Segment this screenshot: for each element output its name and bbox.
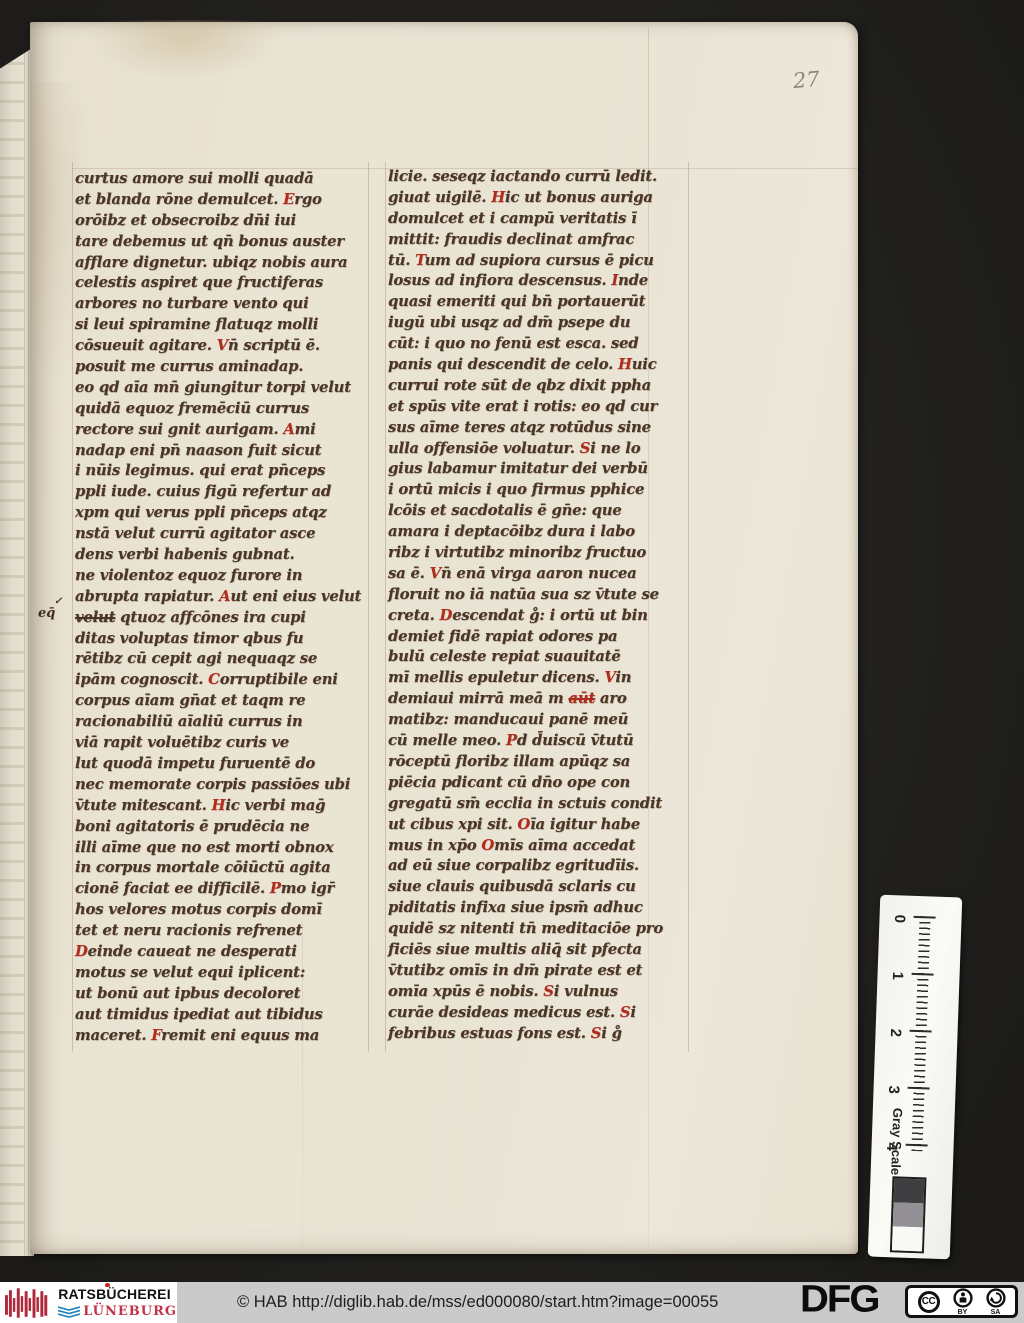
ruler-major-tick <box>912 973 934 976</box>
ruling-line <box>72 162 73 1052</box>
manuscript-line: abrupta rapiatur. Aut eni eius velut <box>75 587 375 608</box>
manuscript-line: ipām cognoscit. Corruptibile eni <box>75 670 375 691</box>
folio-number: 27 <box>792 67 821 93</box>
patch-dark <box>894 1178 925 1203</box>
manuscript-line: motus se velut equi iplicent: <box>75 963 375 984</box>
manuscript-line: maceret. Fremit eni equus ma <box>75 1026 375 1047</box>
manuscript-line: xpm qui verus ppli pn̄ceps atqz <box>75 503 375 524</box>
manuscript-line: lcōis et sacdotalis ē gn̄e: que <box>388 501 694 522</box>
manuscript-line: Deinde caueat ne desperati <box>75 942 375 963</box>
manuscript-line: racionabiliū aīaliū currus in <box>75 712 375 733</box>
cc-by-label: BY <box>958 1309 968 1316</box>
manuscript-line: losus ad infiora descensus. Inde <box>388 271 694 292</box>
manuscript-line: ditas voluptas timor qbus fu <box>75 629 375 650</box>
manuscript-line: ppli iude. cuius figū refertur ad <box>75 482 375 503</box>
cc-license-badge[interactable]: CC BY SA <box>905 1285 1018 1318</box>
marginal-note: ✓ eq̄ <box>38 606 55 621</box>
text-column-right: licie. seseqz iactando currū ledit.giuat… <box>388 167 694 1044</box>
manuscript-line: quidē sz nitenti tn̄ meditaciōe pro <box>388 919 694 940</box>
manuscript-line: panis qui descendit de celo. Huic <box>388 355 694 376</box>
manuscript-line: boni agitatoris ē prudēcia ne <box>75 817 375 838</box>
manuscript-line: demiaui mirrā meā m aūt aro <box>388 689 694 710</box>
manuscript-line: gregatū sm̄ ecclia in sctuis condit <box>388 794 694 815</box>
manuscript-line: et blanda rōne demulcet. Ergo <box>75 190 375 211</box>
footer-bar: RATSBÜCHEREI LÜNEBURG © HAB http://digli… <box>0 1282 1024 1323</box>
manuscript-line: mus in xp̄o Omīs aīma accedat <box>388 836 694 857</box>
manuscript-line: velut qtuoz affcōnes ira cupi <box>75 608 375 629</box>
manuscript-line: arbores no turbare vento qui <box>75 294 375 315</box>
manuscript-line: febribus estuas fons est. Si g̊ <box>388 1024 694 1045</box>
book-fore-edge <box>0 24 34 1256</box>
manuscript-line: omīa xpūs ē nobis. Si vulnus <box>388 982 694 1003</box>
manuscript-line: viā rapit voluētibz curis ve <box>75 733 375 754</box>
patch-gray <box>893 1202 924 1227</box>
manuscript-line: lut quodā impetu furuentē do <box>75 754 375 775</box>
manuscript-line: aut timidus ipediat aut tibidus <box>75 1005 375 1026</box>
manuscript-line: nstā velut currū agitator asce <box>75 524 375 545</box>
manuscript-line: si leui spiramine flatuqz molli <box>75 315 375 336</box>
manuscript-line: bulū celeste repiat suauitatē <box>388 647 694 668</box>
manuscript-line: curtus amore sui molli quadā <box>75 169 375 190</box>
manuscript-line: dens verbi habenis gubnat. <box>75 545 375 566</box>
manuscript-line: ribz i virtutibz minoribz fructuo <box>388 543 694 564</box>
grayscale-patches <box>890 1176 927 1253</box>
ruler-minor-ticks <box>911 916 930 1151</box>
manuscript-line: et spūs vite erat i rotis: eo qd cur <box>388 397 694 418</box>
scan-viewport: 27 curtus amore sui molli quadāet blanda… <box>0 0 1024 1323</box>
manuscript-line: demiet fidē rapiat odores pa <box>388 627 694 648</box>
manuscript-line: ulla offensiōe voluatur. Si ne lo <box>388 439 694 460</box>
manuscript-line: cionē faciat ee difficilē. Pmo igr̄ <box>75 879 375 900</box>
manuscript-line: floruit no iā natūa sua sz v̄tute se <box>388 585 694 606</box>
library-city: LÜNEBURG <box>83 1304 177 1319</box>
manuscript-line: ut bonū aut ipbus decoloret <box>75 984 375 1005</box>
cc-by-icon <box>953 1288 973 1308</box>
library-logo-link[interactable]: RATSBÜCHEREI LÜNEBURG <box>0 1282 177 1323</box>
text-column-left: curtus amore sui molli quadāet blanda rō… <box>75 169 375 1046</box>
umlaut-dot <box>105 1283 110 1287</box>
library-bars-icon <box>5 1286 50 1320</box>
manuscript-page: 27 curtus amore sui molli quadāet blanda… <box>30 22 858 1254</box>
manuscript-line: matibz: manducaui panē meū <box>388 710 694 731</box>
ruler-major-tick <box>914 916 936 919</box>
manuscript-line: sa ē. Vn̄ enā virga aaron nucea <box>388 564 694 585</box>
manuscript-line: orōibz et obsecroibz dn̄i iui <box>75 211 375 232</box>
manuscript-line: quasi emeriti qui bn̄ portauerūt <box>388 292 694 313</box>
manuscript-line: cōsueuit agitare. Vn̄ scriptū ē. <box>75 336 375 357</box>
manuscript-line: rētibz cū cepit agi nequaqz se <box>75 649 375 670</box>
manuscript-line: i ortū micis i quo firmus pphice <box>388 480 694 501</box>
manuscript-line: tare debemus ut qn̄ bonus auster <box>75 232 375 253</box>
manuscript-line: v̄tutibz omīs in dm̄ pirate est et <box>388 961 694 982</box>
manuscript-line: iugū ubi usqz ad dm̄ psepe du <box>388 313 694 334</box>
grayscale-label: Gray Scale <box>890 1108 905 1123</box>
ruler-major-tick <box>906 1144 928 1147</box>
manuscript-line: curāe desideas medicus est. Si <box>388 1003 694 1024</box>
manuscript-line: ficiēs siue multis aliq̄ sit pfecta <box>388 940 694 961</box>
manuscript-line: celestis aspiret que fructiferas <box>75 273 375 294</box>
manuscript-line: licie. seseqz iactando currū ledit. <box>388 167 694 188</box>
manuscript-line: ad eū siue corpalibz egritudīis. <box>388 856 694 877</box>
manuscript-line: creta. Descendat g̊: i ortū ut bin <box>388 606 694 627</box>
grayscale-ruler: 0 1 2 3 4 Gray Scale <box>868 895 963 1260</box>
ruler-number-3: 3 <box>885 1081 903 1098</box>
manuscript-line: i nūis legimus. qui erat pn̄ceps <box>75 461 375 482</box>
source-url[interactable]: © HAB http://diglib.hab.de/mss/ed000080/… <box>237 1282 718 1323</box>
ruler-number-0: 0 <box>891 911 909 928</box>
manuscript-line: tet et neru racionis refrenet <box>75 921 375 942</box>
manuscript-line: ne violentoz equoz furore in <box>75 566 375 587</box>
manuscript-line: mittit: fraudis declinat amfrac <box>388 230 694 251</box>
manuscript-line: eo qd aīa mn̄ giungitur torpi velut <box>75 378 375 399</box>
manuscript-line: piditatis infixa siue ipsm̄ adhuc <box>388 898 694 919</box>
ruler-major-tick <box>908 1087 930 1090</box>
ruler-number-1: 1 <box>889 968 907 985</box>
manuscript-line: corpus aīam gn̄at et taqm re <box>75 691 375 712</box>
ruling-line <box>385 162 386 1052</box>
manuscript-line: gius labamur imitatur dei verbū <box>388 459 694 480</box>
marginal-note-text: eq̄ <box>38 606 55 621</box>
manuscript-line: afflare dignetur. ubiqz nobis aura <box>75 253 375 274</box>
ruler-major-tick <box>910 1030 932 1033</box>
manuscript-line: nec memorate corpis passiōes ubi <box>75 775 375 796</box>
manuscript-line: tū. Tum ad supiora cursus ē picu <box>388 251 694 272</box>
ruler-number-2: 2 <box>887 1025 905 1042</box>
cc-icon: CC <box>918 1291 940 1313</box>
cc-sa-icon <box>986 1288 1006 1308</box>
manuscript-line: sus aīme teres atqz rotūdus sine <box>388 418 694 439</box>
dfg-logo[interactable]: DFG <box>800 1280 878 1319</box>
manuscript-line: amara i deptacōibz dura i labo <box>388 522 694 543</box>
manuscript-line: mī mellis epuletur dicens. Vin <box>388 668 694 689</box>
manuscript-line: currui rote sūt de qbz dixit ppha <box>388 376 694 397</box>
manuscript-line: quidā equoz fremēciū currus <box>75 399 375 420</box>
manuscript-line: rōceptū floribz illam apūqz sa <box>388 752 694 773</box>
manuscript-line: rectore sui gnit aurigam. Ami <box>75 420 375 441</box>
manuscript-line: hos velores motus corpis domī <box>75 900 375 921</box>
manuscript-line: illi aīme que no est morti obnox <box>75 838 375 859</box>
manuscript-line: siue clauis quibusdā sclaris cu <box>388 877 694 898</box>
library-name: RATSBÜCHEREI <box>58 1286 171 1302</box>
manuscript-line: posuit me currus aminadap. <box>75 357 375 378</box>
parchment-stain <box>90 20 280 80</box>
manuscript-line: piēcia pdicant cū dn̄o ope con <box>388 773 694 794</box>
manuscript-line: nadap eni pn̄ naason fuit sicut <box>75 441 375 462</box>
manuscript-line: cūt: i quo no fenū est esca. sed <box>388 334 694 355</box>
manuscript-line: v̄tute mitescant. Hic verbi maḡ <box>75 796 375 817</box>
manuscript-line: domulcet et i campū veritatis ī <box>388 209 694 230</box>
patch-white <box>892 1226 923 1251</box>
marginal-check-mark: ✓ <box>54 596 62 607</box>
manuscript-line: ut cibus xpi sit. Oīa igitur habe <box>388 815 694 836</box>
cc-sa-label: SA <box>991 1309 1001 1316</box>
manuscript-line: in corpus mortale cōiūctū agita <box>75 858 375 879</box>
manuscript-line: cū melle meo. Pd d̄uiscū v̄tutū <box>388 731 694 752</box>
wave-icon <box>58 1305 80 1319</box>
manuscript-line: giuat uigilē. Hic ut bonus auriga <box>388 188 694 209</box>
